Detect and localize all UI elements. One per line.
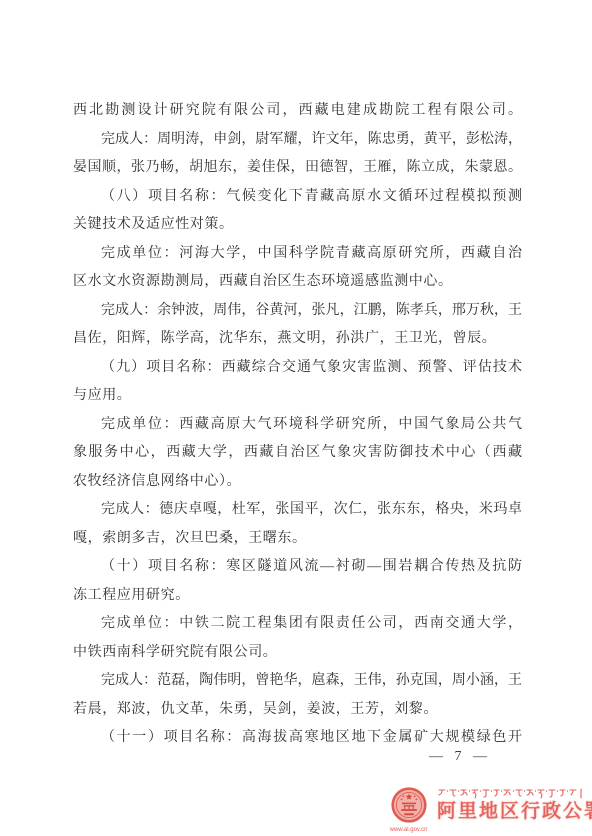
text-line: 完成人：德庆卓嘎，杜军，张国平，次仁，张东东，格央，米玛卓 xyxy=(73,496,522,525)
text-line: 农牧经济信息网络中心）。 xyxy=(73,468,522,497)
text-line: 区水文水资源勘测局，西藏自治区生态环境遥感监测中心。 xyxy=(73,268,522,297)
text-line: 若晨，郑波，仇文革，朱勇，吴剑，姜波，王芳，刘黎。 xyxy=(73,696,522,725)
text-line: 冻工程应用研究。 xyxy=(73,582,522,611)
footer-watermark: www.al.gov.cn xyxy=(388,787,590,833)
text-line: 与应用。 xyxy=(73,382,522,411)
text-line: 嘎，索朗多吉，次旦巴桑，王曙东。 xyxy=(73,525,522,554)
text-line: 完成人：范磊，陶伟明，曾艳华，扈森，王伟，孙克国，周小涵，王 xyxy=(73,667,522,696)
text-line: 中铁西南科学研究院有限公司。 xyxy=(73,639,522,668)
document-text: 西北勘测设计研究院有限公司，西藏电建成勘院工程有限公司。 完成人：周明涛，申剑，… xyxy=(73,97,522,753)
text-line: （八）项目名称：气候变化下青藏高原水文循环过程模拟预测 xyxy=(73,183,522,212)
watermark-text-block: 阿里地区行政公署 xyxy=(437,787,592,822)
text-line: 完成人：余钟波，周伟，谷黄河，张凡，江鹏，陈孝兵，邢万秋，王 xyxy=(73,297,522,326)
national-emblem-icon xyxy=(391,787,427,828)
text-line: 完成单位：中铁二院工程集团有限责任公司，西南交通大学， xyxy=(73,610,522,639)
gov-website-url: www.al.gov.cn xyxy=(390,826,428,832)
text-line: 完成单位：西藏高原大气环境科学研究所，中国气象局公共气 xyxy=(73,411,522,440)
text-line: （九）项目名称：西藏综合交通气象灾害监测、预警、评估技术 xyxy=(73,354,522,383)
tibetan-title-text xyxy=(437,787,592,800)
text-line: 晏国顺，张乃畅，胡旭东，姜佳保，田德智，王雁，陈立成，朱蒙恩。 xyxy=(73,154,522,183)
text-line: 关键技术及适应性对策。 xyxy=(73,211,522,240)
text-line: 西北勘测设计研究院有限公司，西藏电建成勘院工程有限公司。 xyxy=(73,97,522,126)
watermark-emblem-block: www.al.gov.cn xyxy=(388,787,430,833)
text-line: 象服务中心，西藏大学，西藏自治区气象灾害防御技术中心（西藏 xyxy=(73,439,522,468)
document-page: 西北勘测设计研究院有限公司，西藏电建成勘院工程有限公司。 完成人：周明涛，申剑，… xyxy=(0,0,592,836)
page-number: — 7 — xyxy=(408,749,512,765)
text-line: （十）项目名称：寒区隧道风流—衬砌—围岩耦合传热及抗防 xyxy=(73,553,522,582)
agency-name: 阿里地区行政公署 xyxy=(437,801,592,822)
text-line: 完成单位：河海大学，中国科学院青藏高原研究所，西藏自治 xyxy=(73,240,522,269)
text-line: 昌佐，阳辉，陈学高，沈华东，燕文明，孙洪广，王卫光，曾辰。 xyxy=(73,325,522,354)
text-line: 完成人：周明涛，申剑，尉军耀，许文年，陈忠勇，黄平，彭松涛， xyxy=(73,126,522,155)
